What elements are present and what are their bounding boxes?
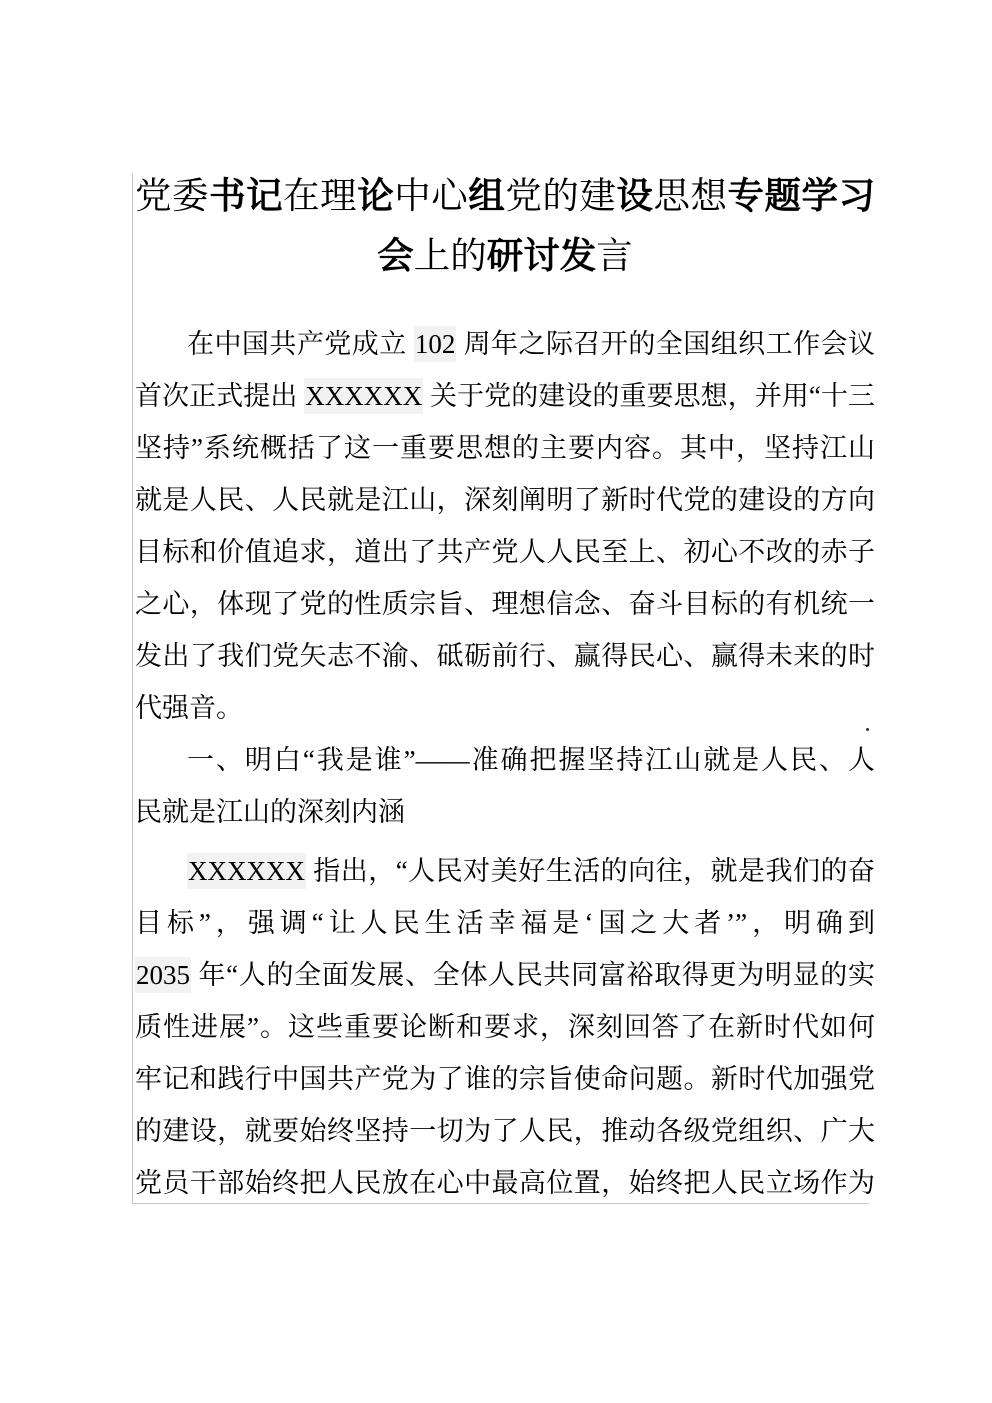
paragraph: 一、明白“我是谁”——准确把握坚持江山就是人民、人民就是江山的深刻内涵	[135, 734, 875, 838]
text-segment: 党员干部始终把人民放在心中最高位置，始终把人民立场作为	[135, 1168, 875, 1198]
text-line: 质性进展”。这些重要论断和要求，深刻回答了在新时代如何	[135, 1001, 875, 1053]
title-line: 党委书记在理论中心组党的建设思想专题学习	[135, 166, 875, 226]
text-segment: 目标和价值追求，道出了共产党人人民至上、初心不改的赤子	[135, 537, 875, 567]
title-segment: 上的	[414, 235, 487, 276]
title-segment-bold: 研讨发	[487, 235, 597, 276]
title-line: 会上的研讨发言	[135, 226, 875, 286]
text-segment: 牢记和践行中国共产党为了谁的宗旨使命问题。新时代加强党	[135, 1064, 875, 1094]
left-margin-line	[132, 173, 133, 1203]
text-line: 民就是江山的深刻内涵	[135, 786, 875, 838]
text-line: 首次正式提出 XXXXXX 关于党的建设的重要思想，并用“十三个	[135, 370, 875, 422]
paragraph: XXXXXX 指出，“人民对美好生活的向往，就是我们的奋斗目标”，强调“让人民生…	[135, 845, 875, 1209]
text-segment: 在中国共产党成立	[187, 329, 414, 359]
stray-dot	[866, 728, 869, 731]
text-line: 党员干部始终把人民放在心中最高位置，始终把人民立场作为	[135, 1157, 875, 1209]
text-segment: 就是人民、人民就是江山，深刻阐明了新时代党的建设的方向	[135, 485, 875, 515]
highlighted-text-segment: XXXXXX	[187, 853, 306, 889]
text-line: 代强音。	[135, 682, 875, 734]
title-segment-bold: 书记	[209, 175, 283, 216]
title-segment: 党委	[135, 175, 209, 216]
text-segment: 目标”，强调“让人民生活幸福是‘国之大者’”，明确到	[135, 908, 875, 938]
text-segment: 发出了我们党矢志不渝、砥砺前行、赢得民心、赢得未来的时	[135, 641, 875, 671]
text-line: 就是人民、人民就是江山，深刻阐明了新时代党的建设的方向	[135, 474, 875, 526]
title-segment-bold: 组	[468, 175, 505, 216]
text-line: 发出了我们党矢志不渝、砥砺前行、赢得民心、赢得未来的时	[135, 630, 875, 682]
document-title: 党委书记在理论中心组党的建设思想专题学习会上的研讨发言	[135, 166, 875, 286]
text-segment: 代强音。	[135, 693, 243, 723]
text-line: 牢记和践行中国共产党为了谁的宗旨使命问题。新时代加强党	[135, 1053, 875, 1105]
text-line: 目标”，强调“让人民生活幸福是‘国之大者’”，明确到	[135, 897, 875, 949]
title-segment: 言	[596, 235, 633, 276]
text-segment: 的建设，就要始终坚持一切为了人民，推动各级党组织、广大	[135, 1116, 875, 1146]
title-segment: 在理	[283, 175, 357, 216]
title-segment-bold: 专题学习	[728, 175, 876, 216]
text-line: XXXXXX 指出，“人民对美好生活的向往，就是我们的奋斗	[135, 845, 875, 897]
text-line: 一、明白“我是谁”——准确把握坚持江山就是人民、人	[135, 734, 875, 786]
title-segment: 中心	[394, 175, 468, 216]
highlighted-text-segment: 102	[414, 326, 457, 362]
title-segment: 党的	[505, 175, 579, 216]
title-segment-bold: 论	[357, 175, 394, 216]
paragraph: 在中国共产党成立 102 周年之际召开的全国组织工作会议，首次正式提出 XXXX…	[135, 318, 875, 734]
text-segment: 首次正式提出	[135, 381, 304, 411]
text-line: 目标和价值追求，道出了共产党人人民至上、初心不改的赤子	[135, 526, 875, 578]
text-segment: 质性进展”。这些重要论断和要求，深刻回答了在新时代如何	[135, 1012, 875, 1042]
document-body: 在中国共产党成立 102 周年之际召开的全国组织工作会议，首次正式提出 XXXX…	[135, 318, 875, 1209]
title-segment-bold: 设	[616, 175, 653, 216]
text-line: 在中国共产党成立 102 周年之际召开的全国组织工作会议，	[135, 318, 875, 370]
text-segment: 坚持”系统概括了这一重要思想的主要内容。其中，坚持江山	[135, 433, 875, 463]
highlighted-text-segment: XXXXXX	[304, 378, 423, 414]
text-segment: 之心，体现了党的性质宗旨、理想信念、奋斗目标的有机统一	[135, 589, 875, 619]
text-line: 2035 年“人的全面发展、全体人民共同富裕取得更为明显的实	[135, 949, 875, 1001]
text-line: 之心，体现了党的性质宗旨、理想信念、奋斗目标的有机统一，	[135, 578, 875, 630]
text-segment: 周年之际召开的全国组织工作会议	[456, 329, 875, 359]
text-line: 坚持”系统概括了这一重要思想的主要内容。其中，坚持江山	[135, 422, 875, 474]
title-segment: 建	[579, 175, 616, 216]
text-segment: 年“人的全面发展、全体人民共同富裕取得更为明显的实	[191, 960, 875, 990]
text-line: 的建设，就要始终坚持一切为了人民，推动各级党组织、广大	[135, 1105, 875, 1157]
highlighted-text-segment: 2035	[135, 957, 191, 993]
title-segment-bold: 会	[377, 235, 414, 276]
text-segment: 一、明白“我是谁”——准确把握坚持江山就是人民、人	[187, 745, 875, 775]
document-page: 党委书记在理论中心组党的建设思想专题学习会上的研讨发言 在中国共产党成立 102…	[0, 0, 992, 1403]
title-segment: 思想	[653, 175, 727, 216]
text-segment: 民就是江山的深刻内涵	[135, 797, 405, 827]
